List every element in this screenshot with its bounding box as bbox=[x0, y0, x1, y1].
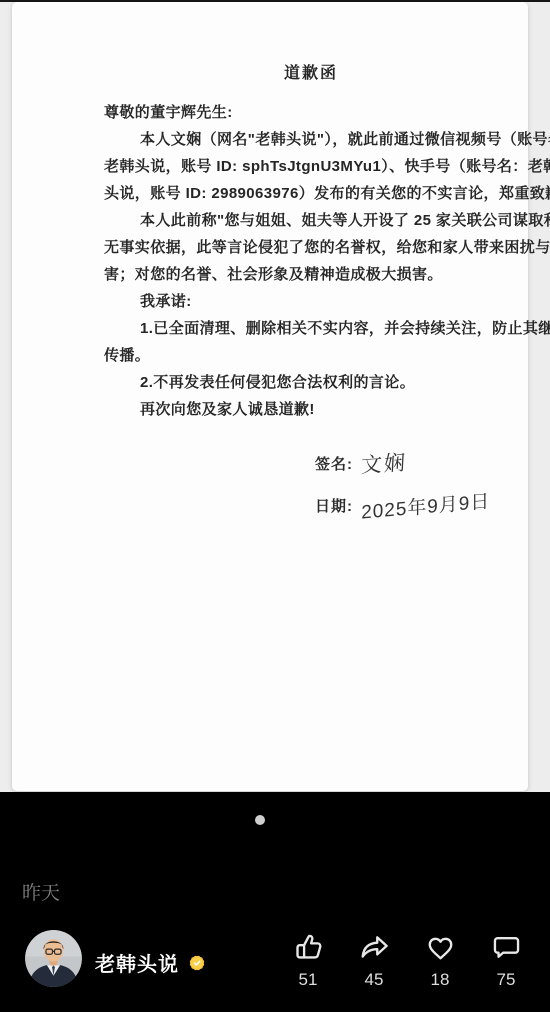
letter-line: 头说，账号 ID: 2989063976）发布的有关您的不实言论，郑重致歉。 bbox=[104, 180, 518, 207]
heart-button[interactable]: 18 bbox=[415, 931, 465, 990]
letter-salutation: 尊敬的董宇辉先生: bbox=[104, 99, 518, 126]
author-name[interactable]: 老韩头说 bbox=[95, 948, 179, 977]
share-count: 45 bbox=[365, 970, 384, 990]
letter-line: 害；对您的名誉、社会形象及精神造成极大损害。 bbox=[104, 261, 518, 288]
comment-count: 75 bbox=[497, 970, 516, 990]
action-bar: 51 45 18 75 bbox=[283, 931, 531, 990]
gold-verified-badge-icon bbox=[188, 954, 206, 972]
signature-label: 签名: bbox=[315, 453, 353, 474]
letter-line: 本人此前称"您与姐姐、姐夫等人开设了 25 家关联公司谋取私利" bbox=[104, 207, 518, 234]
letter-photo[interactable]: 道歉函 尊敬的董宇辉先生: 本人文娴（网名"老韩头说"），就此前通过微信视频号（… bbox=[0, 0, 550, 792]
handwritten-signature: 文娴 bbox=[360, 446, 407, 479]
letter-title: 道歉函 bbox=[104, 60, 518, 87]
signature-block: 签名: 文娴 日期: 2025年9月9日 bbox=[315, 448, 490, 533]
letter-line: 本人文娴（网名"老韩头说"），就此前通过微信视频号（账号名： bbox=[104, 126, 518, 153]
letter-line: 1.已全面清理、删除相关不实内容，并会持续关注，防止其继续 bbox=[104, 315, 518, 342]
letter-line: 再次向您及家人诚恳道歉! bbox=[104, 396, 518, 423]
date-label: 日期: bbox=[315, 495, 353, 516]
apology-letter-text: 道歉函 尊敬的董宇辉先生: 本人文娴（网名"老韩头说"），就此前通过微信视频号（… bbox=[104, 60, 518, 423]
comment-button[interactable]: 75 bbox=[481, 931, 531, 990]
author-avatar[interactable] bbox=[25, 930, 82, 987]
like-button[interactable]: 51 bbox=[283, 931, 333, 990]
letter-line: 无事实依据，此等言论侵犯了您的名誉权，给您和家人带来困扰与伤 bbox=[104, 234, 518, 261]
share-button[interactable]: 45 bbox=[349, 931, 399, 990]
wechat-channels-feed-screen: 道歉函 尊敬的董宇辉先生: 本人文娴（网名"老韩头说"），就此前通过微信视频号（… bbox=[0, 0, 550, 1012]
letter-line: 老韩头说，账号 ID: sphTsJtgnU3MYu1）、快手号（账号名：老韩 bbox=[104, 153, 518, 180]
heart-count: 18 bbox=[431, 970, 450, 990]
thumbs-up-icon bbox=[292, 931, 325, 964]
feed-date-label: 昨天 bbox=[22, 878, 60, 905]
handwritten-date: 2025年9月9日 bbox=[361, 486, 490, 524]
apology-letter-paper: 道歉函 尊敬的董宇辉先生: 本人文娴（网名"老韩头说"），就此前通过微信视频号（… bbox=[12, 2, 528, 791]
man-in-suit-photo bbox=[25, 930, 82, 987]
pagination-dot bbox=[255, 815, 265, 825]
heart-icon bbox=[424, 931, 457, 964]
photo-top-edge bbox=[0, 0, 550, 2]
like-count: 51 bbox=[299, 970, 318, 990]
comment-icon bbox=[490, 931, 523, 964]
share-icon bbox=[358, 931, 391, 964]
letter-line: 传播。 bbox=[104, 342, 518, 369]
feed-footer: 昨天 老韩头说 bbox=[0, 792, 550, 1012]
letter-line: 我承诺: bbox=[104, 288, 518, 315]
letter-line: 2.不再发表任何侵犯您合法权利的言论。 bbox=[104, 369, 518, 396]
